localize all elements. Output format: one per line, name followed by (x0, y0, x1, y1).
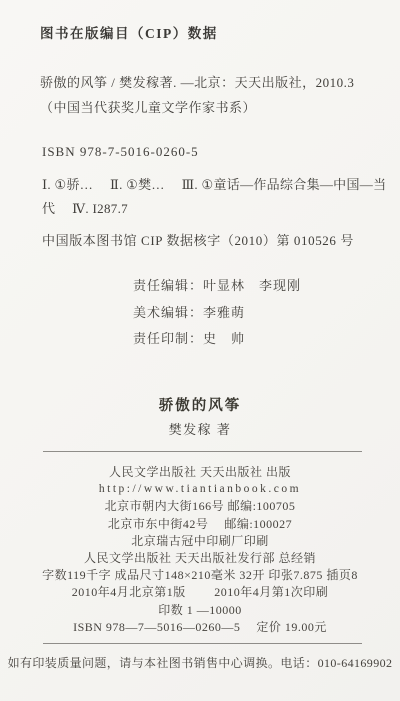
cip-classification-line1: Ⅰ. ①骄… Ⅱ. ①樊… Ⅲ. ①童话—作品综合集—中国—当 (42, 174, 386, 193)
responsible-editor-line: 责任编辑：叶显林 李现刚 (133, 275, 301, 294)
cip-header: 图书在版编目（CIP）数据 (40, 22, 218, 42)
art-editor-line: 美术编辑：李雅萌 (133, 302, 245, 321)
print-supervisor-line: 责任印制：史 帅 (133, 328, 245, 347)
book-author: 樊发稼 著 (0, 419, 400, 438)
edition-line: 2010年4月北京第1版 2010年4月第1次印刷 (0, 584, 400, 601)
cip-classification-line2: 代 Ⅳ. I287.7 (42, 198, 128, 217)
isbn-price-line: ISBN 978—7—5016—0260—5 定价 19.00元 (0, 619, 400, 636)
format-line: 字数119千字 成品尺寸148×210毫米 32开 印张7.875 插页8 (0, 567, 400, 584)
cip-series-line: （中国当代获奖儿童文学作家书系） (40, 97, 256, 116)
divider-top (43, 451, 362, 452)
publisher-line: 人民文学出版社 天天出版社 出版 (0, 464, 400, 481)
quality-notice: 如有印装质量问题，请与本社图书销售中心调换。电话：010-64169902 (0, 654, 400, 671)
book-copyright-page: 图书在版编目（CIP）数据 骄傲的风筝 / 樊发稼著. —北京：天天出版社，20… (0, 0, 400, 701)
divider-bottom (43, 643, 362, 644)
address-line-2: 北京市东中街42号 邮编:100027 (0, 516, 400, 533)
cip-record-number: 中国版本图书馆 CIP 数据核字（2010）第 010526 号 (42, 230, 354, 249)
book-title: 骄傲的风筝 (0, 394, 400, 415)
cip-isbn: ISBN 978-7-5016-0260-5 (42, 144, 199, 160)
printer-line: 北京瑞古冠中印刷厂印刷 (0, 533, 400, 550)
print-run-line: 印数 1 —10000 (0, 602, 400, 619)
publisher-url: http://www.tiantianbook.com (0, 481, 400, 498)
address-line-1: 北京市朝内大街166号 邮编:100705 (0, 498, 400, 515)
distributor-line: 人民文学出版社 天天出版社发行部 总经销 (0, 550, 400, 567)
cip-entry-line: 骄傲的风筝 / 樊发稼著. —北京：天天出版社，2010.3 (40, 72, 354, 91)
colophon-block: 人民文学出版社 天天出版社 出版 http://www.tiantianbook… (0, 464, 400, 636)
